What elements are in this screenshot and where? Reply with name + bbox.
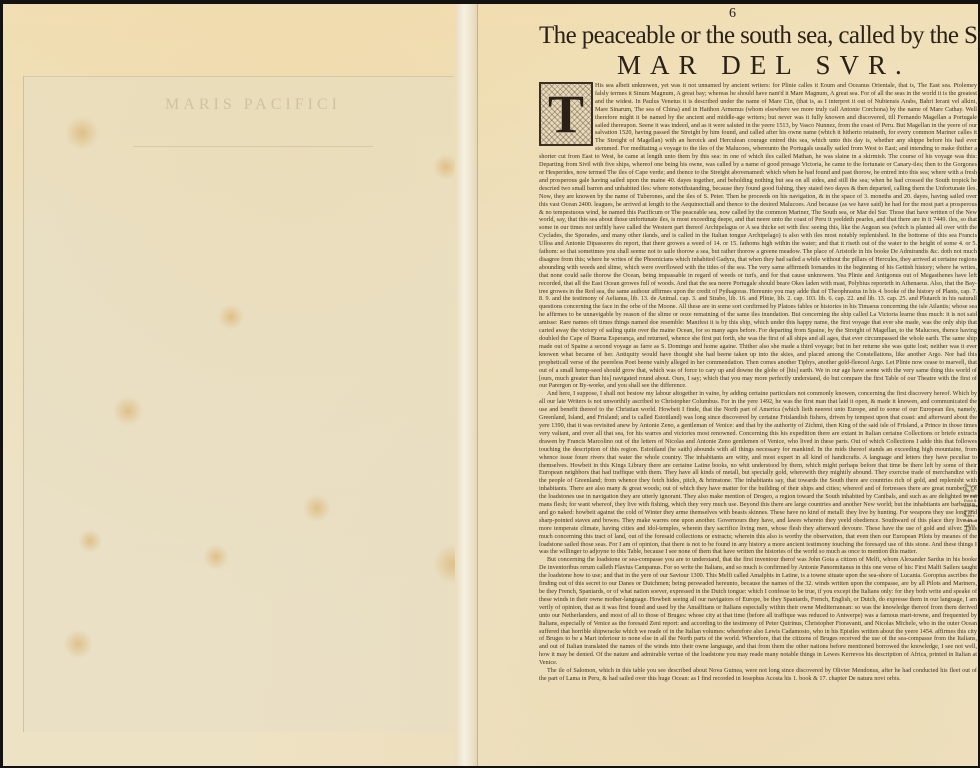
paragraph: But concerning the loadstone or sea-comp… xyxy=(539,556,977,667)
foxing-spot xyxy=(203,544,229,570)
ornamental-drop-cap: T xyxy=(539,82,593,146)
center-fold xyxy=(455,4,478,766)
verso-show-through-title: MARIS PACIFICI xyxy=(133,96,373,147)
foxing-spot xyxy=(218,304,244,330)
paragraph: His sea albeit unknowen, yet was it not … xyxy=(539,82,977,390)
margin-note: That yee may lo. not wade Estoti & volu-… xyxy=(964,484,978,534)
foxing-spot xyxy=(113,396,143,426)
map-sheet: MARIS PACIFICI 6 The peaceable or the so… xyxy=(3,4,978,766)
page-title: The peaceable or the south sea, called b… xyxy=(539,22,980,50)
foxing-spot xyxy=(303,494,331,522)
foxing-spot xyxy=(78,529,102,553)
foxing-spot xyxy=(63,629,93,659)
foxing-spot xyxy=(65,116,99,150)
text-page: 6 The peaceable or the south sea, called… xyxy=(477,4,978,766)
paragraph: The ile of Salomon, which in this table … xyxy=(539,667,977,683)
verso-blank-page: MARIS PACIFICI xyxy=(3,4,458,766)
page-number: 6 xyxy=(729,6,736,22)
page-subtitle: MAR DEL SVR. xyxy=(617,50,917,81)
drop-cap-letter: T xyxy=(548,87,584,141)
paragraph: And here, I suppose, I shall not bestow … xyxy=(539,390,977,556)
body-text: His sea albeit unknowen, yet was it not … xyxy=(539,82,977,683)
